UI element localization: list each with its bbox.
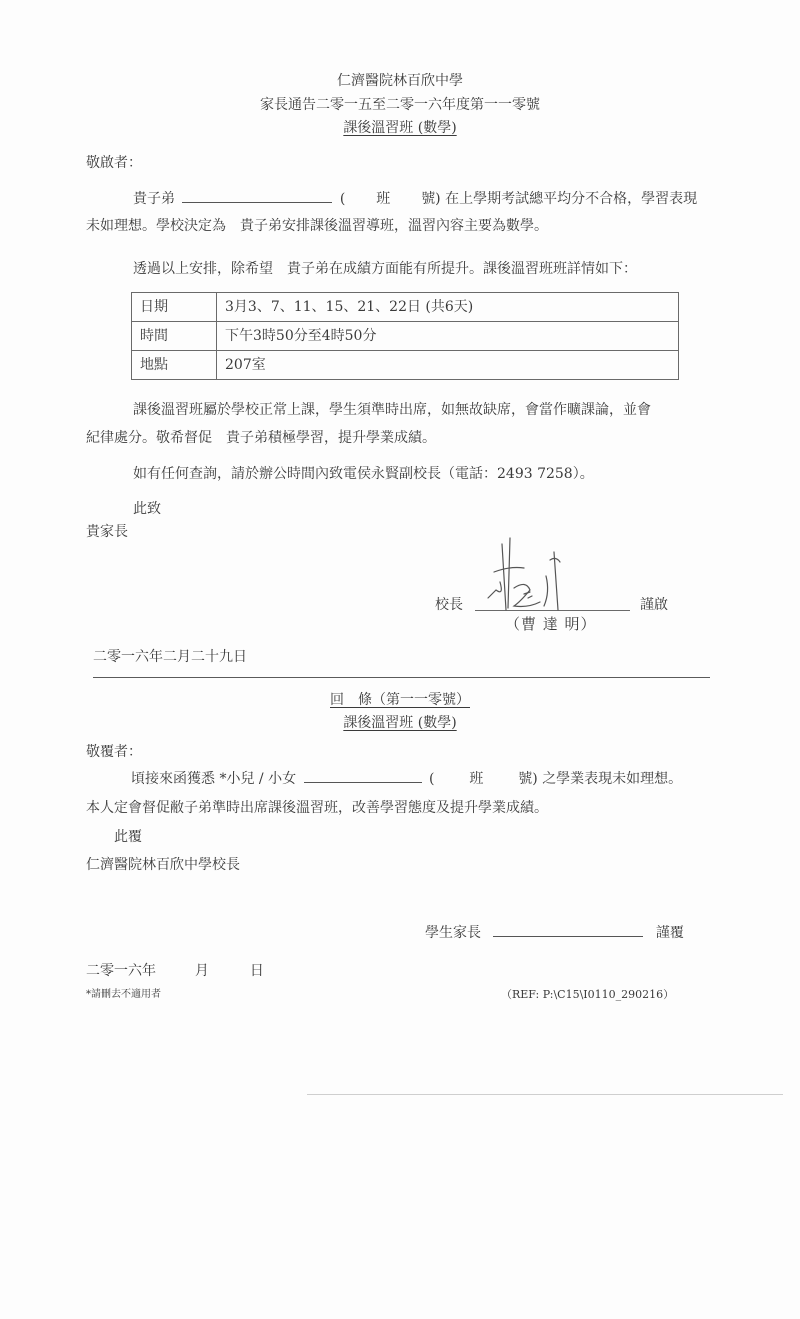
scan-artifact-line (307, 1094, 783, 1095)
details-table: 日期 3月3、7、11、15、21、22日 (共6天) 時間 下午3時50分至4… (131, 292, 679, 380)
reference-code: （REF: P:\C15\I0110_290216） (501, 989, 674, 1000)
notice-subject: 課後溫習班 (數學) (343, 120, 456, 136)
paragraph-1-rest: 在上學期考試總平均分不合格，學習表現 (445, 191, 697, 207)
principal-signature-image (480, 536, 580, 614)
reply-recipient: 仁濟醫院林百欣中學校長 (86, 858, 240, 872)
reply-date: 二零一六年 月 日 (86, 964, 264, 978)
reply-line-1-prefix: 頃接來函獲悉 *小兒 / 小女 (131, 771, 296, 787)
reply-slip-subject: 課後溫習班 (數學) (343, 715, 456, 731)
section-divider (93, 677, 710, 678)
notice-date: 二零一六年二月二十九日 (93, 650, 247, 664)
reply-line-2: 本人定會督促敝子弟準時出席課後溫習班，改善學習態度及提升學業成績。 (86, 801, 548, 815)
reply-date-month: 月 (195, 963, 209, 979)
salutation: 敬啟者： (86, 156, 142, 170)
parent-signature-blank (493, 935, 643, 937)
parent-suffix: 謹覆 (656, 925, 684, 941)
time-value: 下午3時50分至4時50分 (217, 322, 679, 351)
reply-class-open-paren: ( (429, 771, 434, 787)
notice-title: 家長通告二零一五至二零一六年度第一一零號 (0, 98, 800, 112)
paragraph-4-contact: 如有任何查詢，請於辦公時間內致電侯永賢副校長（電話：2493 7258）。 (133, 467, 594, 481)
venue-label: 地點 (132, 351, 217, 380)
recipient: 貴家長 (86, 525, 128, 539)
time-label: 時間 (132, 322, 217, 351)
paragraph-1-line-1: 貴子弟 ( 班 號) 在上學期考試總平均分不合格，學習表現 (133, 192, 697, 206)
date-value: 3月3、7、11、15、21、22日 (共6天) (217, 293, 679, 322)
date-label: 日期 (132, 293, 217, 322)
reply-date-day: 日 (250, 963, 264, 979)
reply-class-label: 班 (469, 771, 483, 787)
school-name: 仁濟醫院林百欣中學 (0, 74, 800, 88)
reply-subject-wrap: 課後溫習班 (數學) (0, 716, 800, 730)
paragraph-2: 透過以上安排，除希望 貴子弟在成績方面能有所提升。課後溫習班班詳情如下： (133, 262, 637, 276)
paragraph-1-line-2: 未如理想。學校決定為 貴子弟安排課後溫習導班，溫習內容主要為數學。 (86, 219, 548, 233)
table-row: 日期 3月3、7、11、15、21、22日 (共6天) (132, 293, 679, 322)
parent-label: 學生家長 (425, 925, 481, 941)
table-row: 時間 下午3時50分至4時50分 (132, 322, 679, 351)
child-name-blank (304, 781, 422, 783)
signatory-name: （曹 達 明） (505, 617, 597, 632)
closing: 此致 (133, 502, 161, 516)
paragraph-3-line-2: 紀律處分。敬希督促 貴子弟積極學習，提升學業成績。 (86, 431, 436, 445)
paragraph-3-line-1: 課後溫習班屬於學校正常上課，學生須準時出席，如無故缺席，會當作曠課論，並會 (133, 403, 651, 417)
signatory-title: 校長 (435, 598, 463, 612)
reply-date-year: 二零一六年 (86, 963, 156, 979)
reply-line-1: 頃接來函獲悉 *小兒 / 小女 ( 班 號) 之學業表現未如理想。 (131, 772, 682, 786)
reply-closing: 此覆 (114, 830, 142, 844)
student-prefix: 貴子弟 (133, 191, 175, 207)
number-label: 號) (421, 191, 440, 207)
class-open-paren: ( (340, 191, 345, 207)
reply-title-wrap: 回 條（第一一零號） (0, 693, 800, 707)
reply-salutation: 敬覆者： (86, 745, 142, 759)
venue-value: 207室 (217, 351, 679, 380)
parent-signature-row: 學生家長 謹覆 (425, 926, 684, 940)
notice-subject-wrap: 課後溫習班 (數學) (0, 121, 800, 135)
footnote: *請刪去不適用者 (86, 990, 161, 1000)
table-row: 地點 207室 (132, 351, 679, 380)
reply-slip-title: 回 條（第一一零號） (330, 692, 470, 708)
signatory-suffix: 謹啟 (640, 598, 668, 612)
student-name-blank (182, 201, 332, 203)
reply-line-1-rest: 之學業表現未如理想。 (542, 771, 682, 787)
reply-number-label: 號) (518, 771, 537, 787)
class-label: 班 (376, 191, 390, 207)
